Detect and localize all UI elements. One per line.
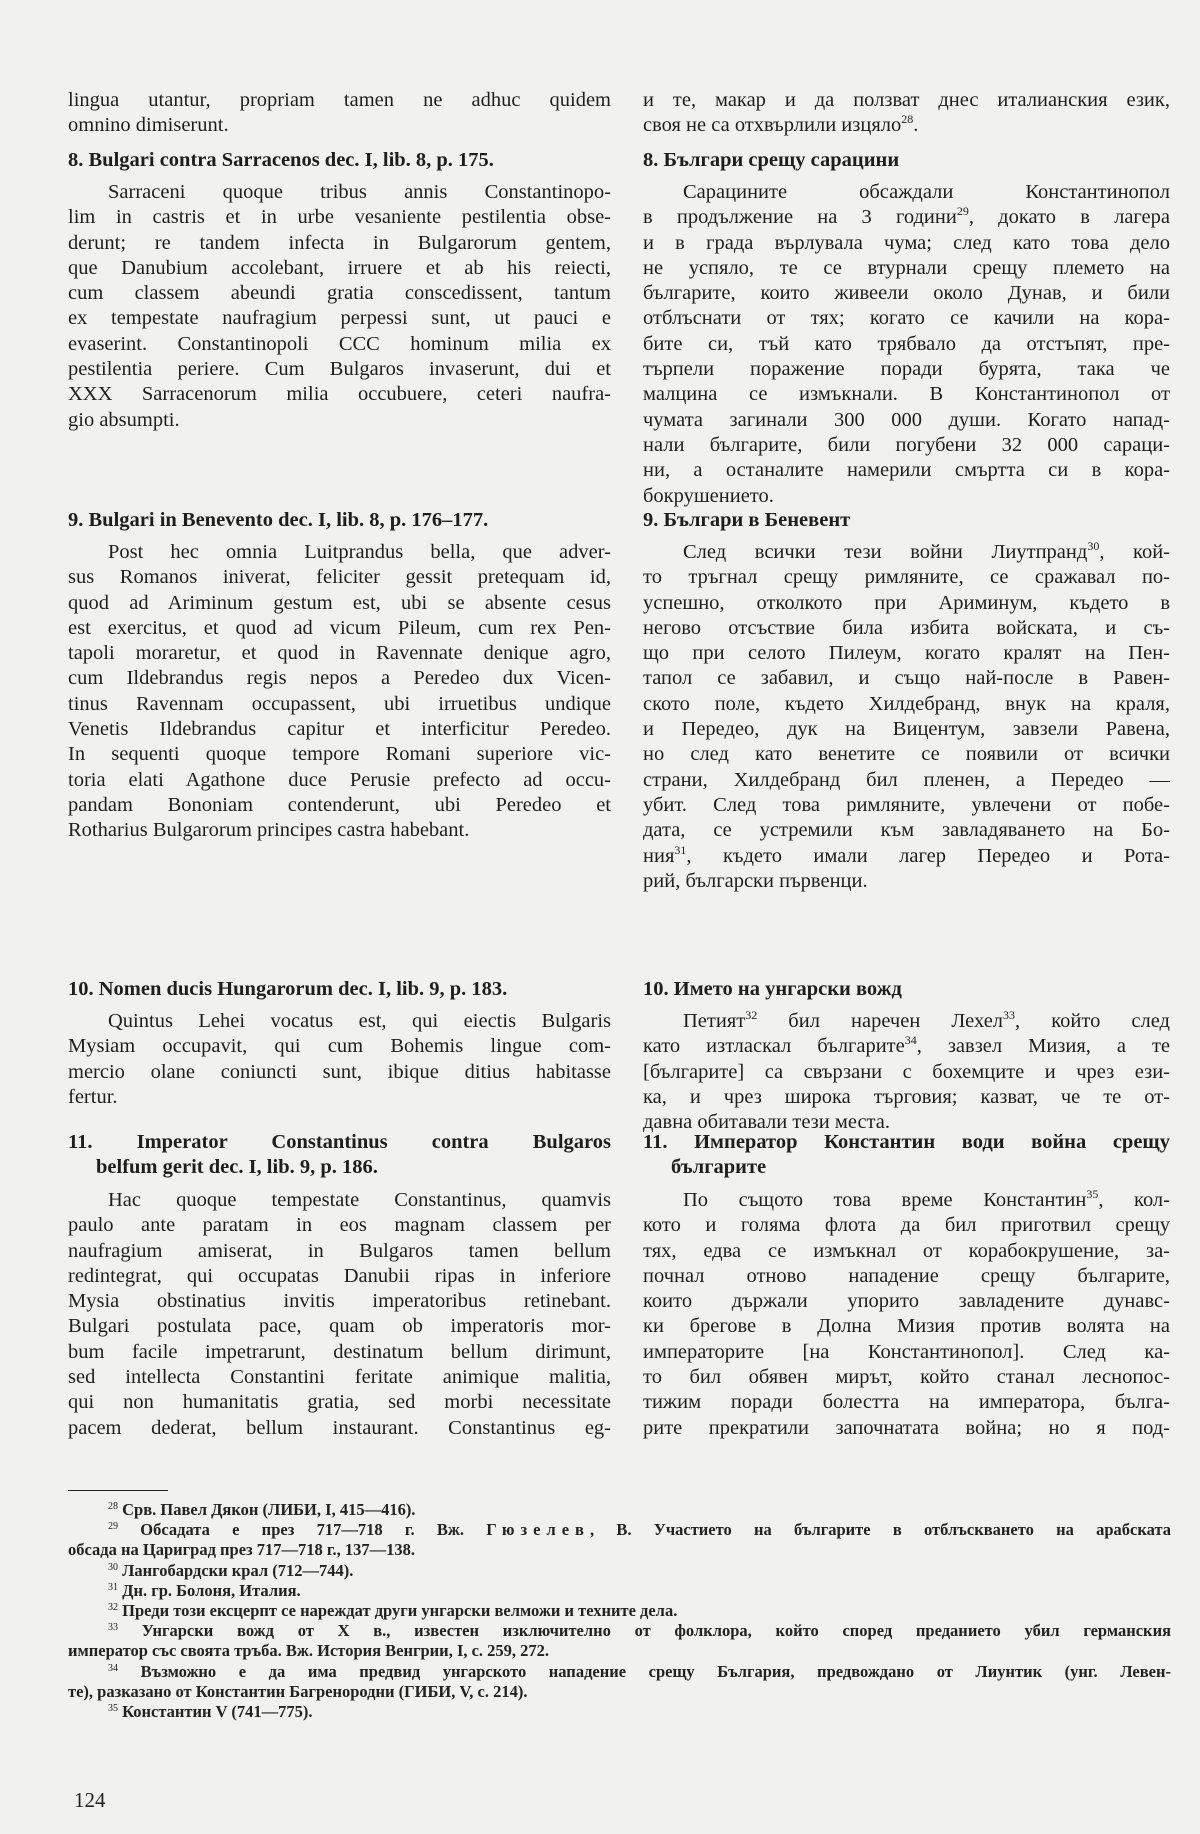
footnote-divider <box>68 1490 168 1491</box>
bulgarian-section-heading-9: 9. Българи в Беневент <box>643 508 1170 533</box>
footnote-33: 33 Унгарски вожд от X в., известен изклю… <box>68 1621 1171 1641</box>
author-name: Гюзелев <box>486 1520 590 1539</box>
footnote-33-cont: император със своята тръба. Вж. История … <box>68 1641 1171 1661</box>
latin-section-paragraph-9: Post hec omnia Luitprandus bella, que ad… <box>68 540 611 844</box>
latin-section-paragraph-8: Sarraceni quoque tribus annis Constantin… <box>68 180 611 433</box>
bulgarian-section-heading-8: 8. Българи срещу сарацини <box>643 148 1170 173</box>
latin-section-heading-8: 8. Bulgari contra Sarracenos dec. I, lib… <box>68 148 611 173</box>
footnote-28: 28 Срв. Павел Дякон (ЛИБИ, I, 415—416). <box>68 1500 1171 1520</box>
bulgarian-section-heading-11: 11. Император Константин води война срещ… <box>643 1130 1170 1181</box>
bulgarian-section-paragraph-10: Петият32 бил наречен Лехел33, който след… <box>643 1009 1170 1135</box>
footnote-35: 35 Константин V (741—775). <box>68 1702 1171 1722</box>
footnote-ref: 29 <box>957 204 969 218</box>
footnote-34-cont: те), разказано от Константин Багренородн… <box>68 1682 1171 1702</box>
footnote-ref: 32 <box>745 1008 757 1022</box>
footnotes: 28 Срв. Павел Дякон (ЛИБИ, I, 415—416).2… <box>68 1500 1171 1722</box>
latin-intro-paragraph: lingua utantur, propriam tamen ne adhuc … <box>68 88 611 139</box>
footnote-ref: 34 <box>905 1033 917 1047</box>
footnote-29-cont: обсада на Цариград през 717—718 г., 137—… <box>68 1540 1171 1560</box>
footnote-number: 32 <box>108 1602 118 1613</box>
latin-section-heading-10: 10. Nomen ducis Hungarorum dec. I, lib. … <box>68 977 611 1002</box>
footnote-number: 30 <box>108 1562 118 1573</box>
bulgarian-section-heading-10: 10. Името на унгарски вожд <box>643 977 1170 1002</box>
footnote-29: 29 Обсадата е през 717—718 г. Вж. Гюзеле… <box>68 1520 1171 1540</box>
page-number: 124 <box>74 1788 106 1813</box>
footnote-32: 32 Преди този ексцерпт се нареждат други… <box>68 1601 1171 1621</box>
latin-section-heading-9: 9. Bulgari in Benevento dec. I, lib. 8, … <box>68 508 611 533</box>
footnote-31: 31 Дн. гр. Болоня, Италия. <box>68 1581 1171 1601</box>
footnote-number: 34 <box>108 1663 118 1674</box>
footnote-number: 28 <box>108 1501 118 1512</box>
footnote-ref: 35 <box>1086 1187 1098 1201</box>
bulgarian-section-paragraph-9: След всички тези войни Лиутпранд30, кой-… <box>643 540 1170 894</box>
bulgarian-section-paragraph-8: Сарацините обсаждали Константинополв про… <box>643 180 1170 509</box>
latin-section-paragraph-11: Hac quoque tempestate Constantinus, quam… <box>68 1188 611 1441</box>
footnote-number: 29 <box>108 1521 118 1532</box>
footnote-ref: 33 <box>1003 1008 1015 1022</box>
bulgarian-section-paragraph-11: По същото това време Константин35, кол-к… <box>643 1188 1170 1441</box>
footnote-number: 33 <box>108 1622 118 1633</box>
latin-section-heading-11: 11. Imperator Constantinus contra Bulgar… <box>68 1130 611 1181</box>
footnote-30: 30 Лангобардски крал (712—744). <box>68 1561 1171 1581</box>
footnote-ref: 31 <box>674 843 686 857</box>
footnote-34: 34 Възможно е да има предвид унгарското … <box>68 1662 1171 1682</box>
latin-section-paragraph-10: Quintus Lehei vocatus est, qui eiectis B… <box>68 1009 611 1110</box>
bulgarian-intro-paragraph: и те, макар и да ползват днес италиански… <box>643 88 1170 139</box>
footnote-number: 31 <box>108 1582 118 1593</box>
footnote-ref: 28 <box>901 112 913 126</box>
footnote-number: 35 <box>108 1703 118 1714</box>
footnote-ref: 30 <box>1087 539 1099 553</box>
